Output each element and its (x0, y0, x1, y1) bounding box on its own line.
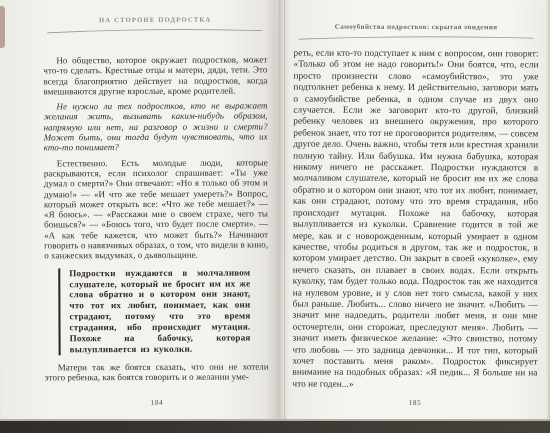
left-header-rule-line (48, 26, 263, 34)
page-stack-edge (546, 0, 550, 421)
right-page-number: 185 (292, 398, 537, 408)
paragraph-italic-question: Не нужно ли тех подростков, кто не выраж… (44, 101, 268, 153)
right-page-body: реть, если кто-то подступает к ним с воп… (292, 49, 538, 392)
paragraph-society: Но общество, которое окружает подростков… (43, 54, 267, 96)
right-header-rule-line (298, 34, 533, 42)
paragraph-psychologist-dialogue: Естественно. Есть молодые люди, которые … (44, 157, 268, 261)
paragraph-continuation: реть, если кто-то подступает к ним с воп… (292, 49, 538, 392)
left-page-number: 184 (45, 397, 269, 407)
left-page: НА СТОРОНЕ ПОДРОСТКА Но общество, которо… (0, 0, 278, 422)
book-spread: НА СТОРОНЕ ПОДРОСТКА Но общество, которо… (0, 0, 550, 421)
block-quote-silent-listener: Подростки нуждаются в молчаливом слушате… (58, 267, 250, 355)
gutter-crease-line (284, 0, 285, 421)
book-spread-photo: НА СТОРОНЕ ПОДРОСТКА Но общество, которо… (0, 0, 550, 433)
right-running-head: Самоубийства подростков: скрытая эпидеми… (294, 23, 539, 32)
paragraph-mothers: Матери так же боятся сказать, что они не… (45, 361, 269, 383)
book-bottom-edge (0, 419, 550, 433)
right-page: Самоубийства подростков: скрытая эпидеми… (276, 0, 550, 421)
left-page-body: Но общество, которое окружает подростков… (43, 54, 268, 382)
left-running-head: НА СТОРОНЕ ПОДРОСТКА (43, 16, 267, 24)
book-cover-edge (0, 6, 5, 48)
